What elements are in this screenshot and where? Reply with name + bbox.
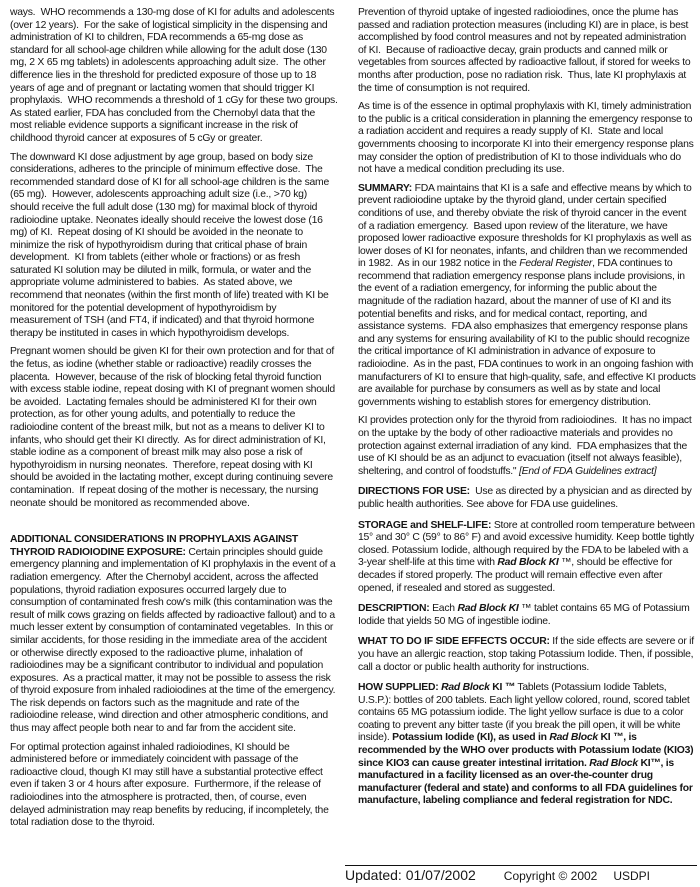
text-run: Pregnant women should be given KI for th… (10, 346, 338, 508)
section-summary: SUMMARY: FDA maintains that KI is a safe… (358, 183, 696, 410)
footer-organization: USDPI (613, 870, 650, 883)
text-run: STORAGE and SHELF-LIFE: (358, 520, 491, 531)
text-run: As time is of the essence in optimal pro… (358, 101, 696, 175)
text-run: Certain principles should guide emergenc… (10, 547, 340, 734)
two-column-layout: ways. WHO recommends a 130-mg dose of KI… (10, 7, 696, 836)
text-run: Each (429, 603, 457, 614)
text-run: Rad Block KI (457, 603, 518, 614)
text-run: Potassium Iodide (KI), as used in (392, 732, 549, 743)
text-run: [End of FDA Guidelines extract] (519, 466, 656, 477)
para-ki-protection-scope: KI provides protection only for the thyr… (358, 415, 696, 478)
document-footer: Updated: 01/07/2002 Copyright © 2002 USD… (345, 865, 697, 883)
text-run: Rad Block (441, 682, 490, 693)
text-run: Rad Block KI (497, 557, 558, 568)
text-run: HOW SUPPLIED: (358, 682, 441, 693)
right-text-column: Prevention of thyroid uptake of ingested… (358, 7, 696, 836)
section-side-effects: WHAT TO DO IF SIDE EFFECTS OCCUR: If the… (358, 636, 696, 674)
text-run: Federal Register (519, 258, 592, 269)
para-downward-dose-adjustment: The downward KI dose adjustment by age g… (10, 152, 338, 341)
footer-updated-date: Updated: 01/07/2002 (345, 869, 476, 882)
text-run: KI ™ (490, 682, 515, 693)
text-run: SUMMARY: (358, 183, 412, 194)
document-page: ways. WHO recommends a 130-mg dose of KI… (0, 0, 700, 887)
para-pregnant-lactating-women: Pregnant women should be given KI for th… (10, 346, 338, 510)
section-how-supplied: HOW SUPPLIED: Rad Block KI ™ Tablets (Po… (358, 682, 696, 808)
text-run: Prevention of thyroid uptake of ingested… (358, 7, 693, 94)
text-run: WHAT TO DO IF SIDE EFFECTS OCCUR: (358, 636, 550, 647)
text-run: , FDA continues to recommend that radiat… (358, 258, 698, 408)
para-optimal-protection-inhaled: For optimal protection against inhaled r… (10, 742, 338, 830)
para-timely-administration: As time is of the essence in optimal pro… (358, 101, 696, 177)
section-directions-for-use: DIRECTIONS FOR USE: Use as directed by a… (358, 486, 696, 511)
text-run: ways. WHO recommends a 130-mg dose of KI… (10, 7, 342, 144)
left-text-column: ways. WHO recommends a 130-mg dose of KI… (10, 7, 338, 836)
text-run: DESCRIPTION: (358, 603, 429, 614)
section-description: DESCRIPTION: Each Rad Block KI ™ tablet … (358, 603, 696, 628)
section-storage-shelf-life: STORAGE and SHELF-LIFE: Store at control… (358, 520, 696, 596)
text-run: Rad Block (589, 758, 638, 769)
text-run: DIRECTIONS FOR USE: (358, 486, 470, 497)
text-run: Rad Block (549, 732, 598, 743)
para-who-fda-dose-comparison: ways. WHO recommends a 130-mg dose of KI… (10, 7, 338, 146)
text-run: FDA maintains that KI is a safe and effe… (358, 183, 694, 270)
footer-copyright: Copyright © 2002 (504, 870, 598, 883)
text-run: The downward KI dose adjustment by age g… (10, 152, 332, 339)
para-prevention-ingested-radioiodines: Prevention of thyroid uptake of ingested… (358, 7, 696, 95)
section-additional-considerations: ADDITIONAL CONSIDERATIONS IN PROPHYLAXIS… (10, 534, 338, 736)
text-run: For optimal protection against inhaled r… (10, 742, 331, 829)
